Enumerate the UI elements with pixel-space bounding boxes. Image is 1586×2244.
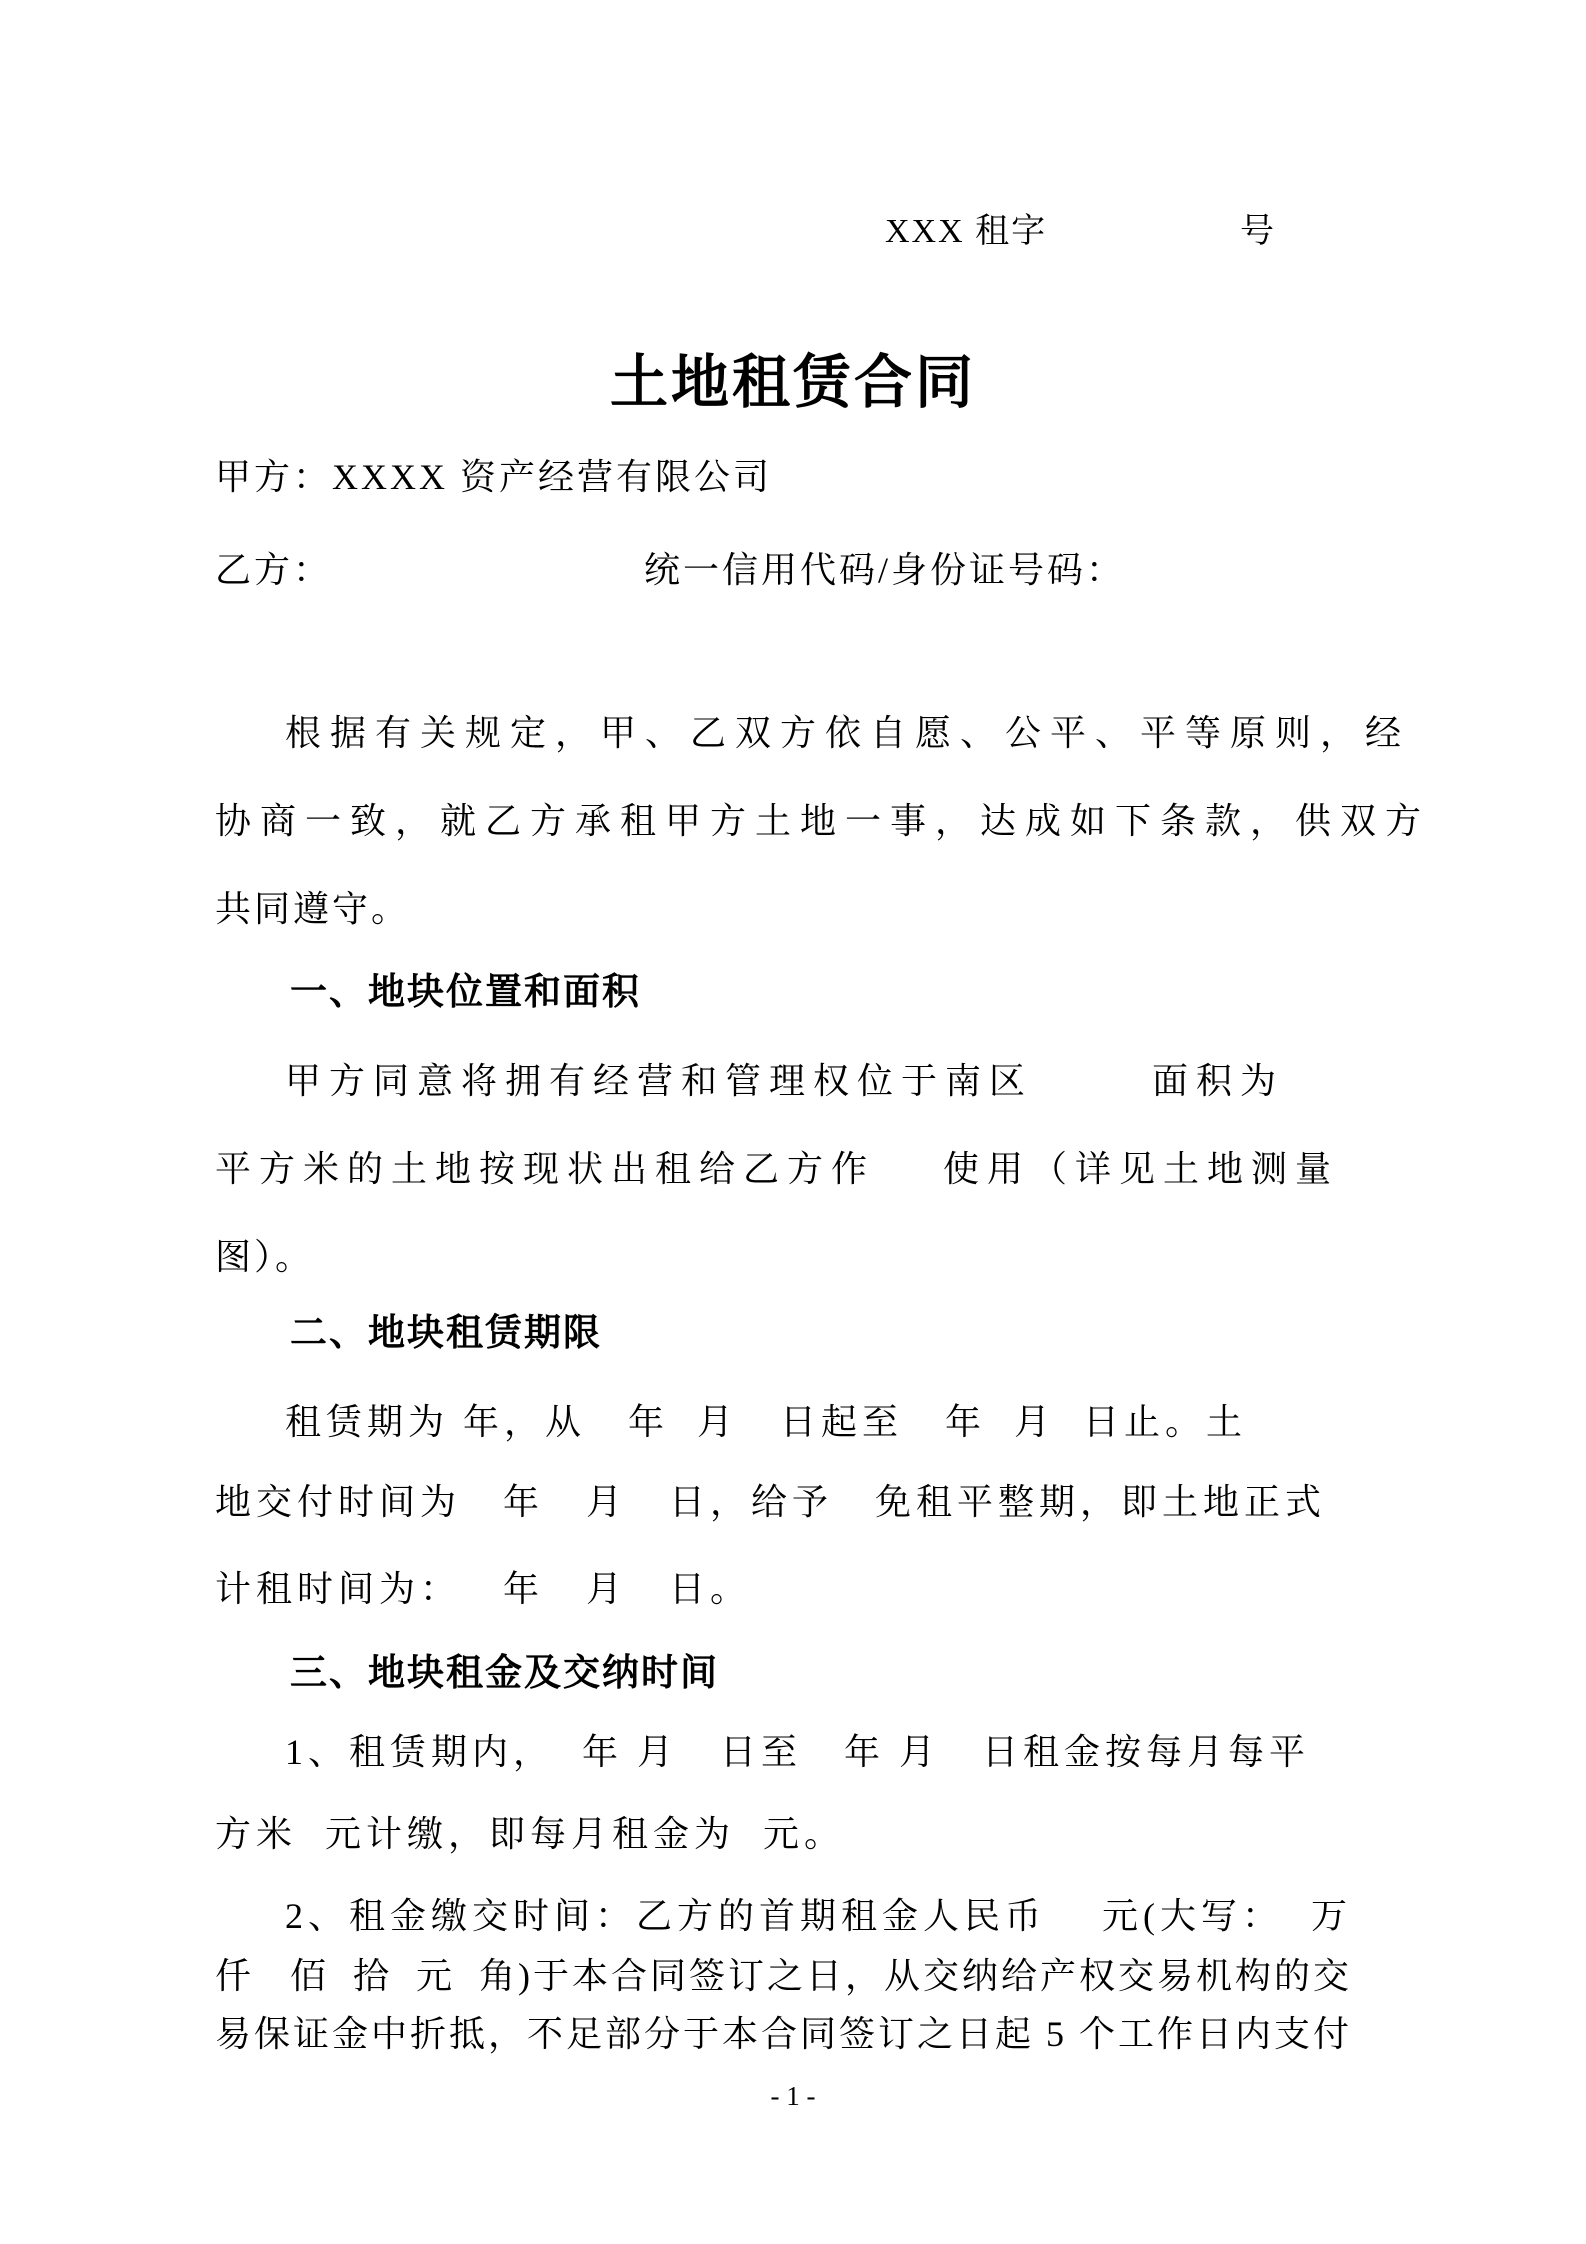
party-b-label: 乙方：: [215, 549, 332, 592]
section-2-line-1: 租赁期为 年，从 年 月 日起至 年 月 日止。土: [285, 1401, 1247, 1444]
doc-number-prefix: XXX 租字: [885, 212, 1047, 253]
intro-line-3: 共同遵守。: [215, 888, 410, 931]
contract-title: 土地租赁合同: [0, 348, 1586, 418]
section-3-heading: 三、地块租金及交纳时间: [290, 1651, 719, 1695]
section-2-heading: 二、地块租赁期限: [290, 1311, 602, 1355]
section-1-line-2: 平方米的土地按现状出租给乙方作 使用（详见土地测量: [215, 1148, 1339, 1191]
section-3-item-2-line-3: 易保证金中折抵，不足部分于本合同签订之日起 5 个工作日内支付: [215, 2013, 1352, 2056]
section-2-line-2: 地交付时间为 年 月 日，给予 免租平整期，即土地正式: [215, 1481, 1326, 1524]
doc-number-suffix: 号: [1240, 212, 1276, 253]
section-1-line-3: 图）。: [215, 1236, 314, 1279]
section-3-item-1-line-2: 方米 元计缴，即每月租金为 元。: [215, 1813, 845, 1856]
page-number: - 1 -: [0, 2080, 1586, 2112]
intro-line-2: 协商一致，就乙方承租甲方土地一事，达成如下条款，供双方: [215, 800, 1430, 843]
party-a-line: 甲方：XXXX 资产经营有限公司: [215, 456, 772, 499]
section-1-line-1: 甲方同意将拥有经营和管理权位于南区 面积为: [285, 1060, 1284, 1103]
section-3-item-2-line-2: 仟 佰 拾 元 角)于本合同签订之日，从交纳给产权交易机构的交: [215, 1955, 1352, 1998]
section-2-line-3: 计租时间为： 年 月 日。: [215, 1568, 751, 1611]
intro-line-1: 根据有关规定，甲、乙双方依自愿、公平、平等原则，经: [285, 712, 1410, 755]
party-b-id-label: 统一信用代码/身份证号码：: [644, 549, 1125, 592]
contract-page: XXX 租字 号 土地租赁合同 甲方：XXXX 资产经营有限公司 乙方： 统一信…: [0, 0, 1586, 2244]
section-3-item-1-line-1: 1、租赁期内， 年 月 日至 年 月 日租金按每月每平: [285, 1731, 1310, 1774]
section-1-heading: 一、地块位置和面积: [290, 970, 641, 1014]
section-3-item-2-line-1: 2、租金缴交时间：乙方的首期租金人民币 元(大写： 万: [285, 1895, 1352, 1938]
